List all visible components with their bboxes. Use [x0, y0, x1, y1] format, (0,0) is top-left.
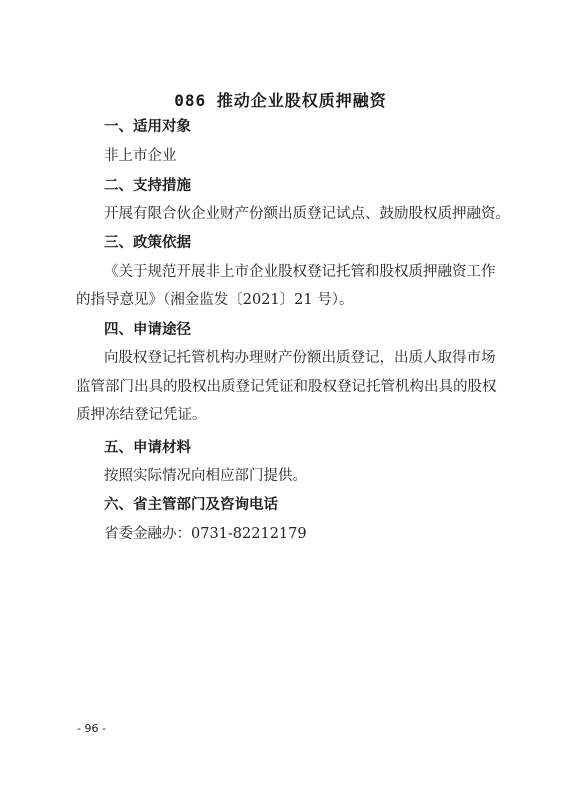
page-number: - 96 - — [77, 722, 106, 735]
section-heading-applicable-objects: 一、适用对象 — [104, 118, 191, 136]
section-heading-application-materials: 五、申请材料 — [104, 439, 191, 457]
section-text: 开展有限合伙企业财产份额出质登记试点、鼓励股权质押融资。 — [104, 205, 510, 223]
section-text: 《关于规范开展非上市企业股权登记托管和股权质押融资工作 — [104, 263, 496, 281]
document-title: 086 推动企业股权质押融资 — [0, 88, 561, 111]
section-heading-policy-basis: 三、政策依据 — [104, 234, 191, 252]
section-text: 监管部门出具的股权出质登记凭证和股权登记托管机构出具的股权 — [76, 378, 497, 396]
contact-phone: 省委金融办：0731-82212179 — [104, 525, 307, 543]
section-text: 质押冻结登记凭证。 — [76, 406, 207, 424]
section-text: 非上市企业 — [104, 147, 177, 165]
section-heading-application-channel: 四、申请途径 — [104, 321, 191, 339]
section-heading-department-contact: 六、省主管部门及咨询电话 — [104, 496, 278, 514]
section-heading-support-measures: 二、支持措施 — [104, 177, 191, 195]
section-text: 向股权登记托管机构办理财产份额出质登记，出质人取得市场 — [104, 349, 496, 367]
section-text: 的指导意见》（湘金监发〔2021〕21 号）。 — [76, 291, 353, 309]
section-text: 按照实际情况向相应部门提供。 — [104, 467, 307, 485]
